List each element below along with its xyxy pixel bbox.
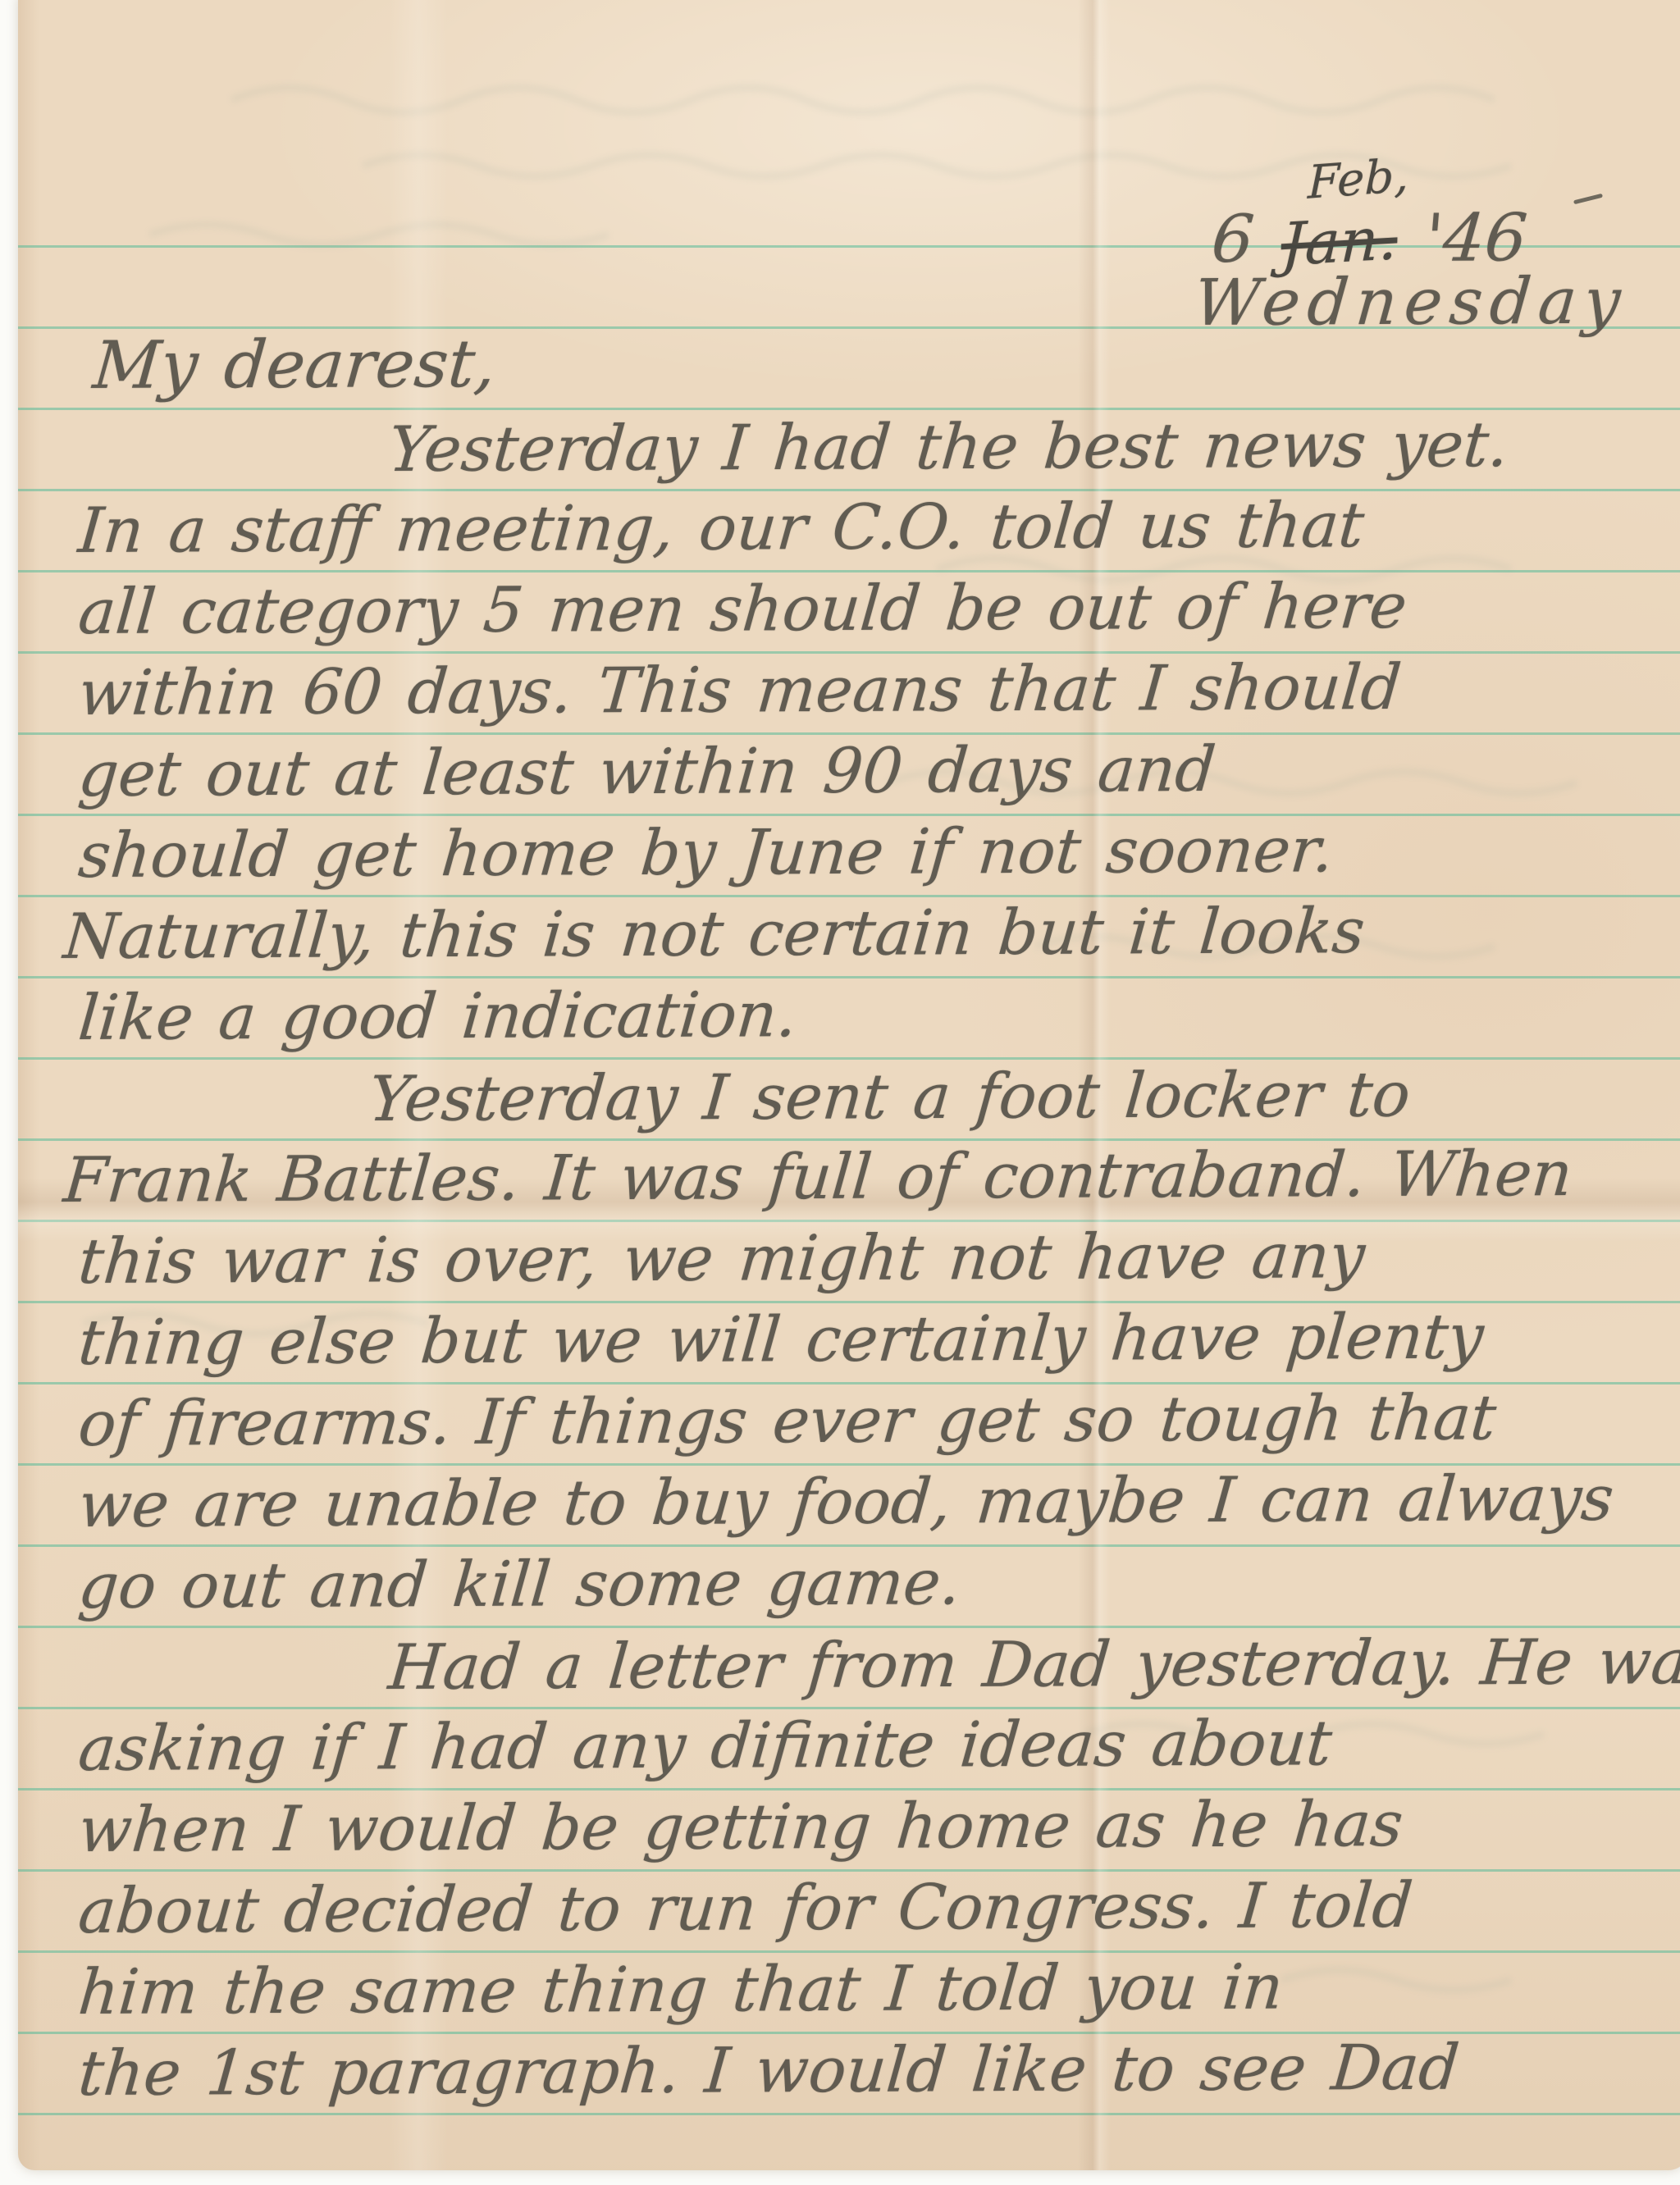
letter-line: the 1st paragraph. I would like to see D… [75,2028,1462,2113]
letter-line: when I would be getting home as he has [75,1785,1406,1869]
letter-line: should get home by June if not sooner. [75,810,1336,895]
letter-line: this war is over, we might not have any [75,1216,1368,1301]
letter-line: within 60 days. This means that I should [75,648,1404,732]
letter-line: Yesterday I had the best news yet. [386,405,1512,489]
date-year: '46 [1422,205,1529,271]
date-line: 6 Feb, Jan. '46 [1209,156,1534,272]
scanner-background: 6 Feb, Jan. '46 Wednesday My dearest, Ye… [0,0,1680,2185]
letter-page: 6 Feb, Jan. '46 Wednesday My dearest, Ye… [18,0,1680,2170]
stray-pencil-mark [1573,194,1603,205]
letter-line: all category 5 men should be out of here [75,567,1410,651]
letter-line: of firearms. If things ever get so tough… [75,1378,1500,1463]
date-day: 6 [1209,207,1257,272]
letter-line: about decided to run for Congress. I tol… [75,1866,1416,1950]
letter-line: Yesterday I sent a foot locker to [366,1055,1413,1138]
letter-line: thing else but we will certainly have pl… [75,1298,1486,1382]
letter-line: Had a letter from Dad yesterday. He was [386,1622,1680,1707]
letter-line: asking if I had any difinite ideas about [75,1704,1335,1788]
date-month-correction: Feb, [1308,153,1409,207]
letter-line: like a good indication. [75,975,800,1057]
salutation: My dearest, [90,325,499,405]
letter-line: go out and kill some game. [75,1543,964,1626]
letter-line: In a staff meeting, our C.O. told us tha… [75,486,1367,570]
letter-line: Frank Battles. It was full of contraband… [61,1134,1575,1220]
date-weekday: Wednesday [1191,262,1631,343]
letter-line: we are unable to buy food, maybe I can a… [75,1459,1617,1544]
letter-line: Naturally, this is not certain but it lo… [61,892,1367,976]
letter-line: get out at least within 90 days and [75,730,1219,814]
letter-line: him the same thing that I told you in [75,1948,1286,2032]
